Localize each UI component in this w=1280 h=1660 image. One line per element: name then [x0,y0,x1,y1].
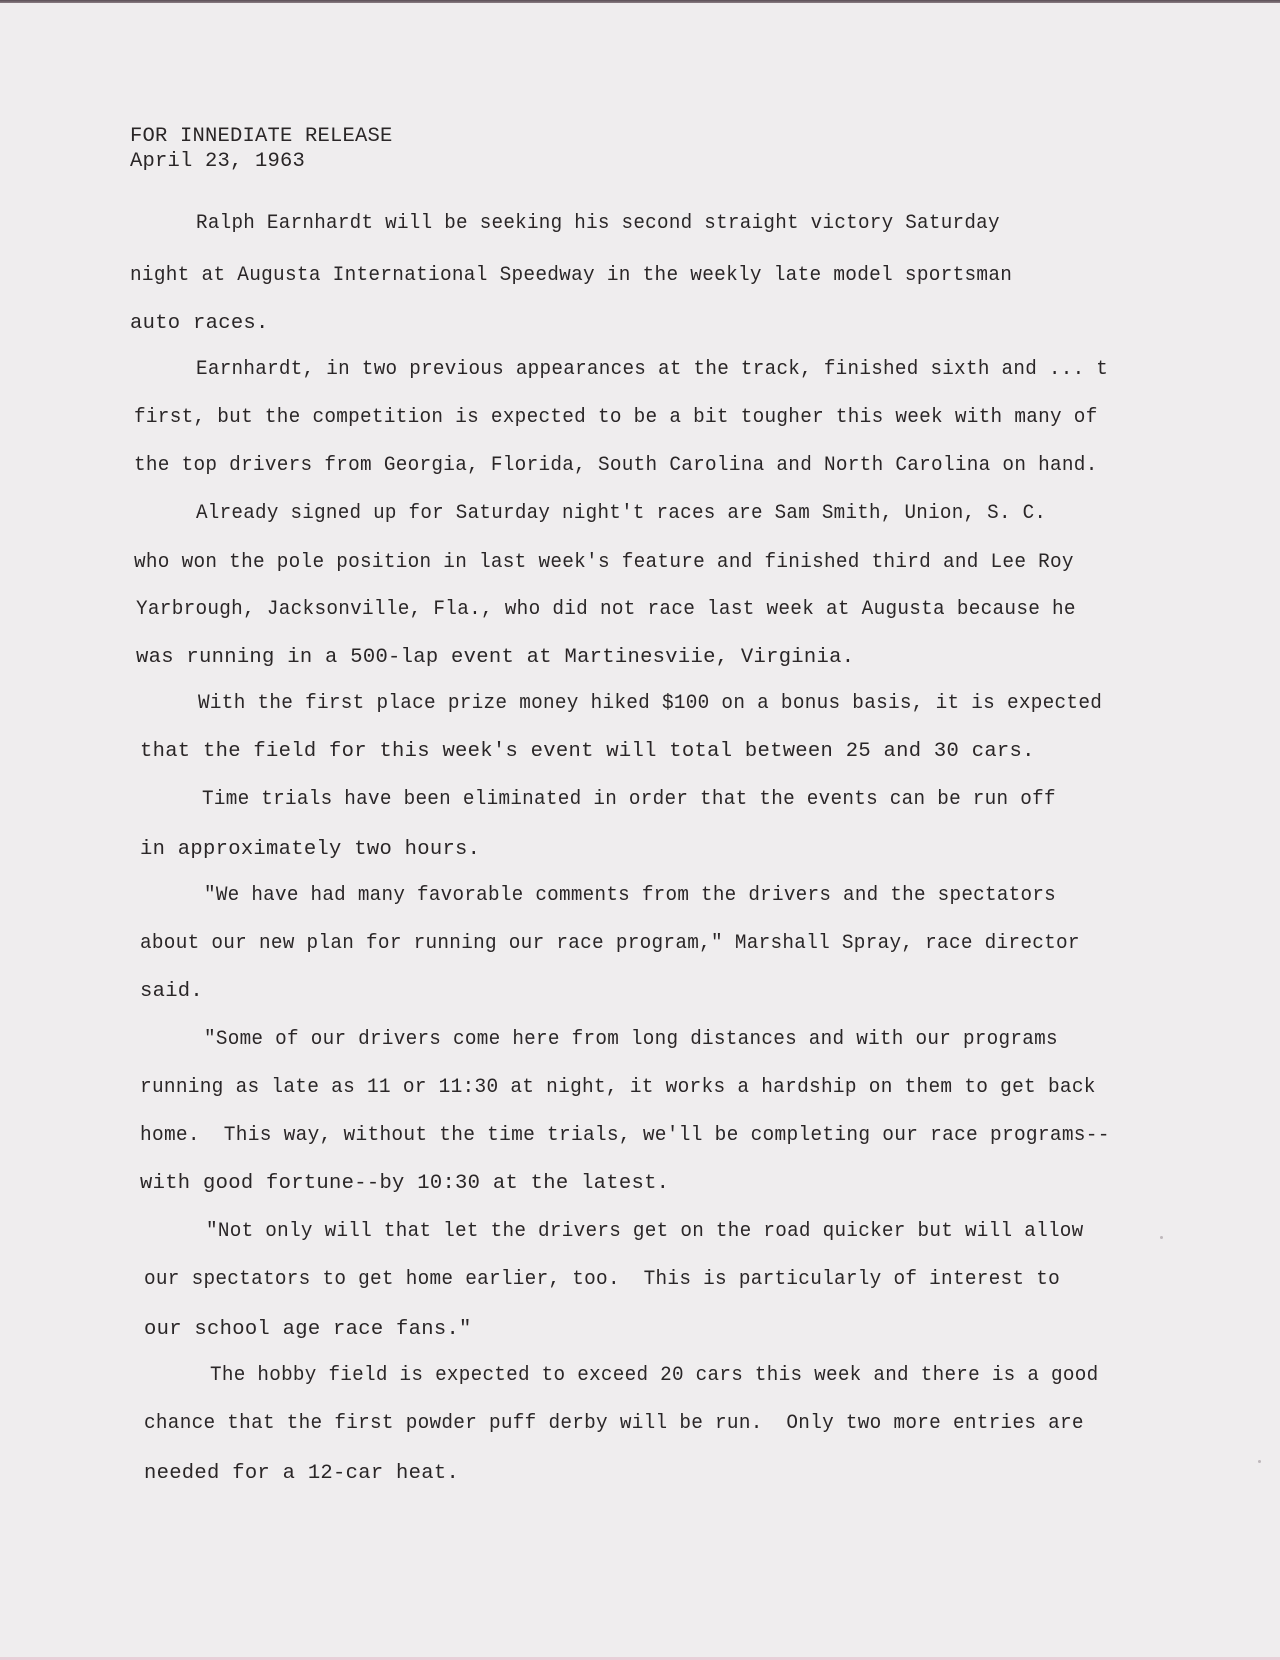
text-line: "Some of our drivers come here from long… [204,1028,1058,1051]
text-line: home. This way, without the time trials,… [140,1124,1110,1147]
text-line: Ralph Earnhardt will be seeking his seco… [196,212,1000,235]
text-line: in approximately two hours. [140,838,480,861]
release-date: April 23, 1963 [130,150,305,173]
text-line: Earnhardt, in two previous appearances a… [196,358,1108,381]
text-line: with good fortune--by 10:30 at the lates… [140,1172,669,1195]
text-line: chance that the first powder puff derby … [144,1412,1084,1435]
release-label: FOR INNEDIATE RELEASE [130,125,393,148]
text-line: auto races. [130,312,269,335]
press-release-page: FOR INNEDIATE RELEASE April 23, 1963 Ral… [0,0,1280,1660]
text-line: Already signed up for Saturday night't r… [196,502,1046,525]
text-line: running as late as 11 or 11:30 at night,… [140,1076,1096,1099]
text-line: The hobby field is expected to exceed 20… [210,1364,1098,1387]
text-line: Time trials have been eliminated in orde… [202,788,1056,811]
text-line: said. [140,980,203,1003]
paper-speck [1160,1236,1163,1239]
paper-speck [1258,1460,1261,1463]
text-line: our school age race fans." [144,1318,472,1341]
text-line: our spectators to get home earlier, too.… [144,1268,1060,1291]
text-line: the top drivers from Georgia, Florida, S… [134,454,1098,477]
text-line: first, but the competition is expected t… [134,406,1098,429]
text-line: With the first place prize money hiked $… [198,692,1102,715]
text-line: about our new plan for running our race … [140,932,1080,955]
text-line: "We have had many favorable comments fro… [204,884,1056,907]
text-line: Yarbrough, Jacksonville, Fla., who did n… [136,598,1076,621]
text-line: who won the pole position in last week's… [134,551,1074,574]
text-line: was running in a 500-lap event at Martin… [136,646,854,669]
text-line: "Not only will that let the drivers get … [206,1220,1084,1243]
text-line: night at Augusta International Speedway … [130,264,1012,287]
text-line: that the field for this week's event wil… [140,740,1035,763]
text-line: needed for a 12-car heat. [144,1462,459,1485]
